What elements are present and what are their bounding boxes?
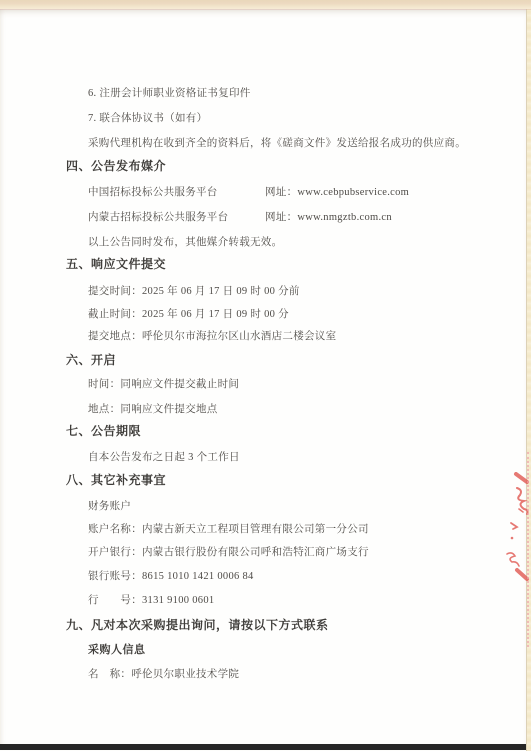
body-text-line: 采购代理机构在收到齐全的资料后，将《磋商文件》发送给报名成功的供应商。 <box>88 137 466 151</box>
platform-name: 内蒙古招标投标公共服务平台 <box>88 212 228 223</box>
body-text-line: 账户名称：内蒙古新天立工程项目管理有限公司第一分公司 <box>88 523 369 537</box>
section-heading: 四、公告发布媒介 <box>66 159 166 173</box>
body-text-line: 行 号：3131 9100 0601 <box>88 594 214 608</box>
document-page: 6. 注册会计师职业资格证书复印件7. 联合体协议书（如有）采购代理机构在收到齐… <box>0 9 527 745</box>
body-text-line: 名 称：呼伦贝尔职业技术学院 <box>88 668 239 682</box>
body-text-line: 银行账号：8615 1010 1421 0006 84 <box>88 570 254 584</box>
section-heading: 七、公告期限 <box>66 424 141 438</box>
section-heading: 九、凡对本次采购提出询问，请按以下方式联系 <box>66 618 329 632</box>
body-text-line: 截止时间：2025 年 06 月 17 日 09 时 00 分 <box>88 308 289 322</box>
body-text-line: 自本公告发布之日起 3 个工作日 <box>88 451 240 465</box>
platform-url: 网址：www.nmgztb.com.cn <box>265 211 392 225</box>
body-text-line: 6. 注册会计师职业资格证书复印件 <box>88 87 251 101</box>
platform-row: 内蒙古招标投标公共服务平台网址：www.nmgztb.com.cn <box>88 211 228 225</box>
pink-dotted-edge-line <box>527 452 529 647</box>
body-text-line: 财务账户 <box>88 500 131 514</box>
body-text-line: 提交时间：2025 年 06 月 17 日 09 时 00 分前 <box>88 285 300 299</box>
body-text-line: 提交地点：呼伦贝尔市海拉尔区山水酒店二楼会议室 <box>88 330 336 344</box>
scan-top-edge <box>0 0 531 9</box>
red-stamp-bleed-icon <box>499 466 530 591</box>
scan-bottom-edge <box>0 744 526 750</box>
section-heading: 八、其它补充事宜 <box>66 473 166 487</box>
body-text-line: 开户银行：内蒙古银行股份有限公司呼和浩特汇商广场支行 <box>88 546 369 560</box>
body-text-line: 地点：同响应文件提交地点 <box>88 403 218 417</box>
section-heading: 五、响应文件提交 <box>66 257 166 271</box>
platform-name: 中国招标投标公共服务平台 <box>88 187 218 198</box>
platform-row: 中国招标投标公共服务平台网址：www.cebpubservice.com <box>88 186 218 200</box>
section-heading: 六、开启 <box>66 353 116 367</box>
body-text-line: 7. 联合体协议书（如有） <box>88 112 207 126</box>
page-content: 6. 注册会计师职业资格证书复印件7. 联合体协议书（如有）采购代理机构在收到齐… <box>0 9 527 745</box>
body-text-line: 以上公告同时发布，其他媒介转载无效。 <box>88 236 282 250</box>
scanned-document: 6. 注册会计师职业资格证书复印件7. 联合体协议书（如有）采购代理机构在收到齐… <box>0 0 531 751</box>
body-text-line: 时间：同响应文件提交截止时间 <box>88 378 239 392</box>
subsection-heading: 采购人信息 <box>88 643 146 657</box>
platform-url: 网址：www.cebpubservice.com <box>265 186 409 200</box>
